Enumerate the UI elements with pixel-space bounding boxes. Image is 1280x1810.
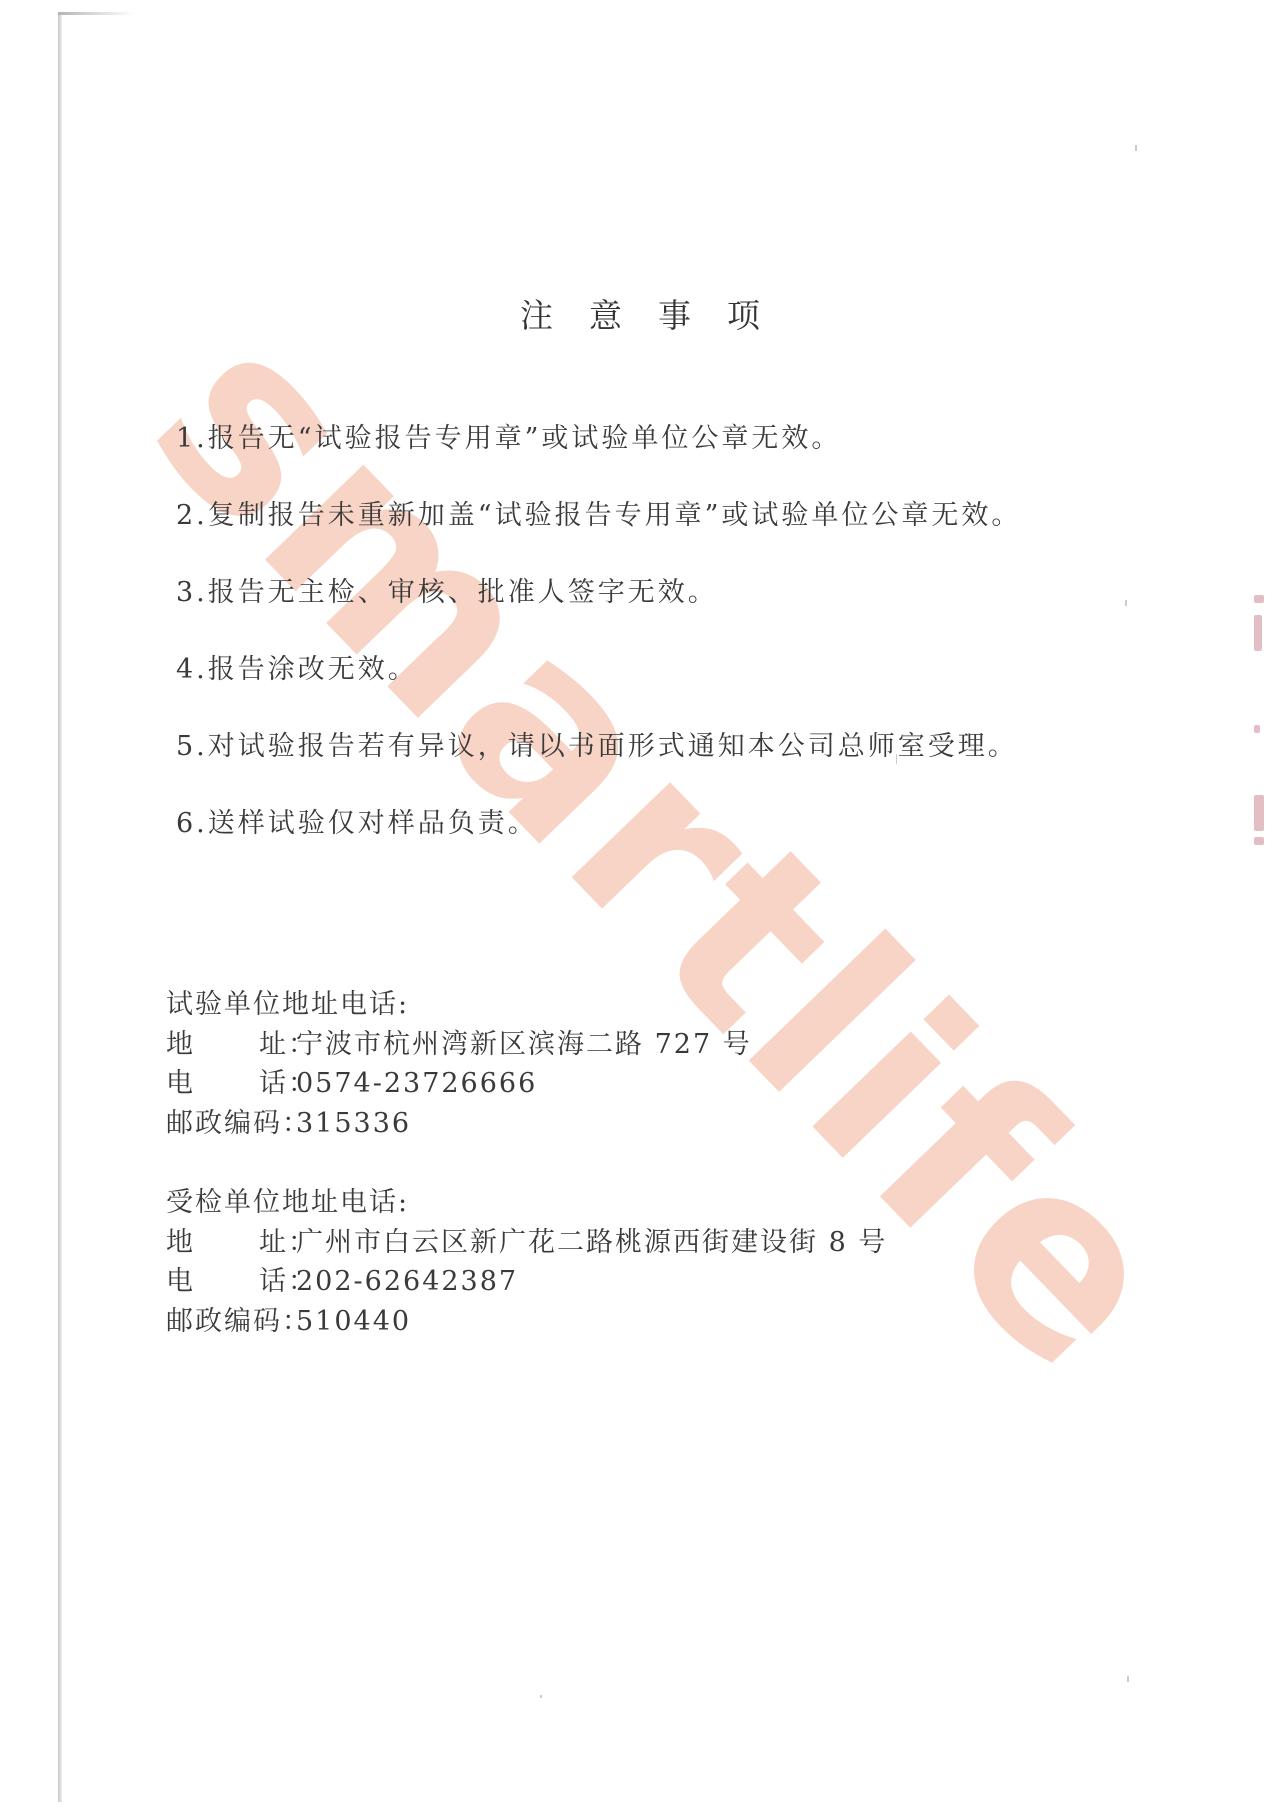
lab-postcode-row: 邮政编码：315336 bbox=[166, 1104, 752, 1144]
lab-address-value: 宁波市杭州湾新区滨海二路 727 号 bbox=[296, 1029, 752, 1060]
client-contact-block: 受检单位地址电话: 地址：广州市白云区新广花二路桃源西街建设街 8 号 电话：2… bbox=[166, 1183, 887, 1341]
notice-item: 5.对试验报告若有异议，请以书面形式通知本公司总师室受理。 bbox=[176, 730, 1021, 807]
address-label: 地址： bbox=[166, 1025, 296, 1065]
client-address-value: 广州市白云区新广花二路桃源西街建设街 8 号 bbox=[296, 1227, 887, 1258]
lab-address-row: 地址：宁波市杭州湾新区滨海二路 727 号 bbox=[166, 1025, 752, 1065]
client-postcode-value: 510440 bbox=[296, 1306, 411, 1337]
lab-postcode-value: 315336 bbox=[296, 1108, 411, 1139]
page-edge-left bbox=[58, 12, 62, 1802]
phone-label: 电话： bbox=[166, 1262, 296, 1302]
client-phone-value: 202-62642387 bbox=[296, 1266, 518, 1297]
lab-phone-value: 0574-23726666 bbox=[296, 1068, 537, 1099]
notice-item: 1.报告无“试验报告专用章”或试验单位公章无效。 bbox=[176, 422, 1021, 499]
seal-stamp-fragment bbox=[1254, 585, 1268, 845]
lab-contact-heading: 试验单位地址电话: bbox=[166, 985, 752, 1025]
postcode-label: 邮政编码： bbox=[166, 1302, 296, 1342]
address-label: 地址： bbox=[166, 1223, 296, 1263]
client-postcode-row: 邮政编码：510440 bbox=[166, 1302, 887, 1342]
notice-item: 6.送样试验仅对样品负责。 bbox=[176, 807, 1021, 884]
lab-contact-block: 试验单位地址电话: 地址：宁波市杭州湾新区滨海二路 727 号 电话：0574-… bbox=[166, 985, 752, 1143]
phone-label: 电话： bbox=[166, 1064, 296, 1104]
notice-item: 2.复制报告未重新加盖“试验报告专用章”或试验单位公章无效。 bbox=[176, 499, 1021, 576]
page-title: 注意事项 bbox=[0, 290, 1280, 337]
scan-speck bbox=[1125, 600, 1127, 606]
lab-phone-row: 电话：0574-23726666 bbox=[166, 1064, 752, 1104]
client-address-row: 地址：广州市白云区新广花二路桃源西街建设街 8 号 bbox=[166, 1223, 887, 1263]
client-contact-heading: 受检单位地址电话: bbox=[166, 1183, 887, 1223]
postcode-label: 邮政编码： bbox=[166, 1104, 296, 1144]
notice-list: 1.报告无“试验报告专用章”或试验单位公章无效。 2.复制报告未重新加盖“试验报… bbox=[176, 422, 1021, 884]
client-phone-row: 电话：202-62642387 bbox=[166, 1262, 887, 1302]
scan-speck bbox=[540, 1695, 542, 1698]
notice-item: 3.报告无主检、审核、批准人签字无效。 bbox=[176, 576, 1021, 653]
scan-speck bbox=[1135, 145, 1137, 151]
page-edge-top bbox=[58, 12, 134, 15]
notice-item: 4.报告涂改无效。 bbox=[176, 653, 1021, 730]
scan-speck bbox=[1127, 1676, 1129, 1682]
